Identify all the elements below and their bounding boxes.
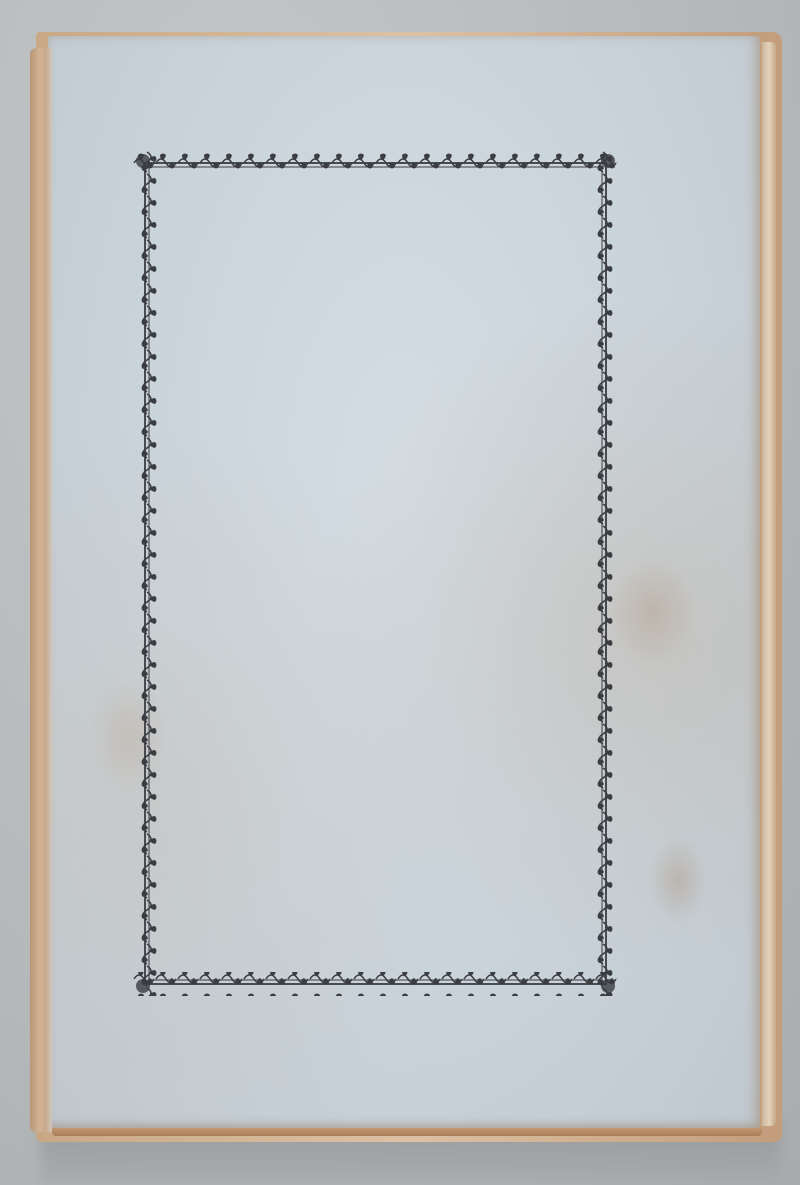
foxing-stain [608,556,698,666]
foxing-stain [648,836,708,926]
book-spine [30,48,52,1132]
book [30,30,782,1142]
book-cover [48,36,760,1128]
fore-edge [762,42,776,1126]
ornamental-border [133,151,618,996]
vine-border-icon [133,151,618,996]
